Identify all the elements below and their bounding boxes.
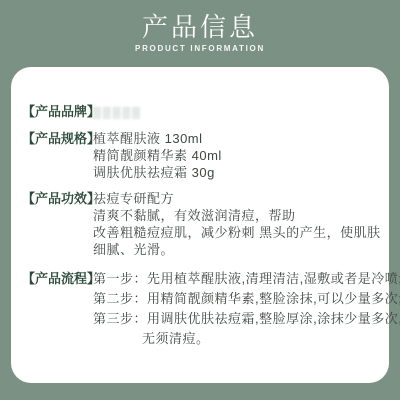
product-info-card: 【产品品牌】 ▒▒▒▒▒ 【产品规格】 植萃醒肤液 130ml 精简靓颜精华素 …: [11, 67, 389, 383]
effect-line: 改善粗糙痘痘肌，减少粉刺 黑头的产生，使肌肤: [93, 224, 387, 241]
brand-value: ▒▒▒▒▒: [93, 103, 387, 122]
page-subtitle: PRODUCT INFORMATION: [0, 44, 400, 53]
spec-line: 精简靓颜精华素 40ml: [93, 147, 387, 164]
effect-lines: 祛痘专研配方 清爽不黏腻，有效滋润清痘，帮助 改善粗糙痘痘肌，减少粉刺 黑头的产…: [93, 190, 387, 258]
process-step-1: 第一步：先用植萃醒肤液,清理清洁,湿敷或者是冷喷;: [93, 269, 400, 289]
section-effect: 【产品功效】 祛痘专研配方 清爽不黏腻，有效滋润清痘，帮助 改善粗糙痘痘肌，减少…: [22, 190, 387, 258]
section-brand: 【产品品牌】 ▒▒▒▒▒: [22, 103, 387, 122]
spec-label: 【产品规格】: [22, 130, 93, 147]
spec-line: 植萃醒肤液 130ml: [93, 130, 387, 147]
effect-line: 祛痘专研配方: [93, 190, 387, 207]
process-step-3-cont: 无须清痘。: [93, 329, 400, 349]
brand-label: 【产品品牌】: [22, 103, 93, 120]
page-header: 产品信息 PRODUCT INFORMATION: [0, 0, 400, 67]
effect-label: 【产品功效】: [22, 190, 93, 207]
process-step-3: 第三步：用调肤优肤祛痘霜,整脸厚涂,涂抹少量多次,: [93, 309, 400, 329]
brand-name-masked: ▒▒▒▒▒: [93, 107, 142, 119]
section-spec: 【产品规格】 植萃醒肤液 130ml 精简靓颜精华素 40ml 调肤优肤祛痘霜 …: [22, 130, 387, 181]
process-lines: 第一步：先用植萃醒肤液,清理清洁,湿敷或者是冷喷; 第二步：用精简靓颜精华素,整…: [93, 269, 400, 349]
section-process: 【产品流程】 第一步：先用植萃醒肤液,清理清洁,湿敷或者是冷喷; 第二步：用精简…: [22, 269, 387, 349]
spec-lines: 植萃醒肤液 130ml 精简靓颜精华素 40ml 调肤优肤祛痘霜 30g: [93, 130, 387, 181]
process-step-2: 第二步：用精简靓颜精华素,整脸涂抹,可以少量多次;: [93, 289, 400, 309]
effect-line: 清爽不黏腻，有效滋润清痘，帮助: [93, 207, 387, 224]
effect-line: 细腻、光滑。: [93, 241, 387, 258]
process-label: 【产品流程】: [22, 269, 93, 289]
page-title: 产品信息: [0, 0, 400, 42]
spec-line: 调肤优肤祛痘霜 30g: [93, 164, 387, 181]
